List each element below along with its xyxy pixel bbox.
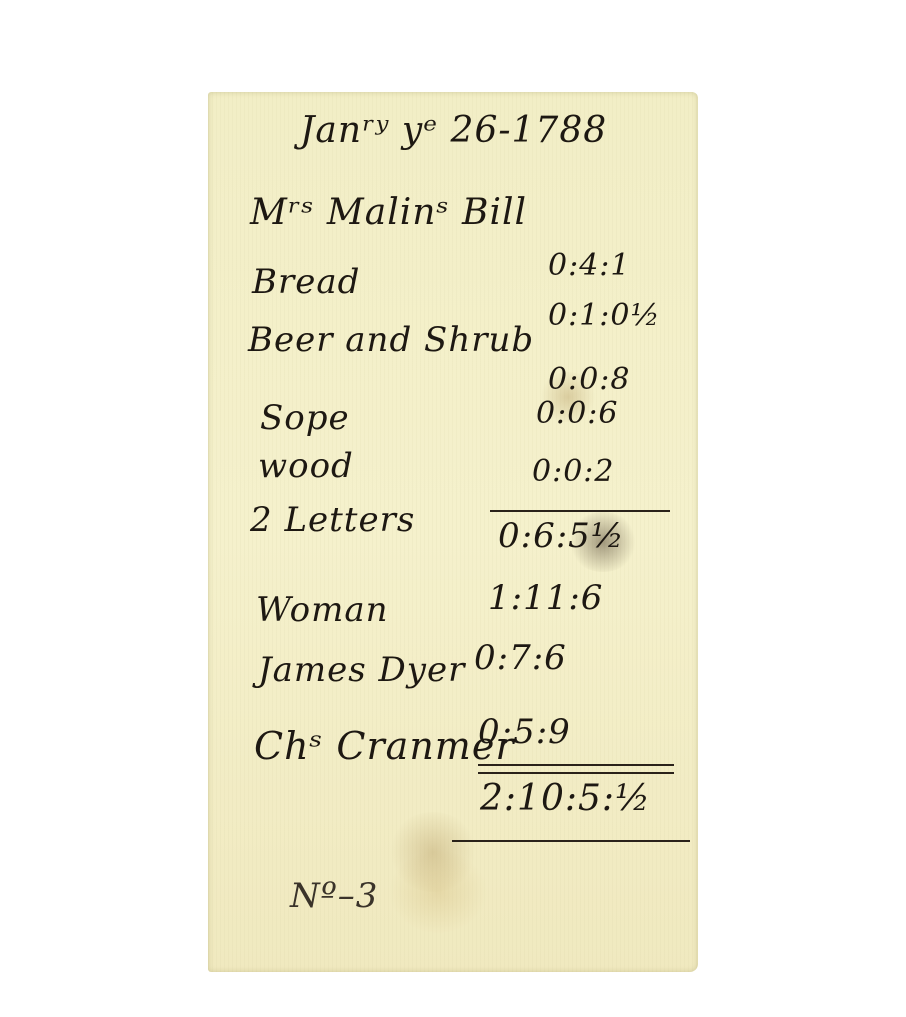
- total-amount: 2:10:5:½: [480, 778, 651, 819]
- subtotal-rule: [490, 510, 670, 512]
- item-label: Sope: [260, 398, 350, 438]
- water-stain: [388, 812, 478, 892]
- bill-date: Janʳʸ yᵉ 26-1788: [300, 110, 607, 151]
- total-rule: [478, 772, 674, 774]
- item-amount: 0:1:0½: [548, 298, 661, 333]
- bill-title: Mʳˢ Malinˢ Bill: [250, 192, 527, 233]
- total-rule: [478, 764, 674, 766]
- item-amount: 0:4:1: [548, 248, 630, 283]
- item-amount: 0:5:9: [478, 712, 571, 752]
- item-amount: 0:0:2: [532, 454, 614, 489]
- item-amount: 0:0:8: [548, 362, 630, 397]
- subtotal-amount: 0:6:5½: [498, 516, 625, 556]
- bill-number: Nº–3: [290, 876, 378, 916]
- item-label: wood: [258, 446, 354, 486]
- item-label: Bread: [252, 262, 360, 302]
- item-label: 2 Letters: [250, 500, 415, 540]
- item-label: Beer and Shrub: [248, 320, 534, 360]
- item-label: Woman: [256, 590, 389, 630]
- item-label: James Dyer: [258, 650, 465, 690]
- item-amount: 0:0:6: [536, 396, 618, 431]
- bottom-rule: [452, 840, 690, 842]
- item-label: Chˢ Cranmer: [254, 724, 515, 768]
- item-amount: 0:7:6: [474, 638, 567, 678]
- item-amount: 1:11:6: [488, 578, 603, 618]
